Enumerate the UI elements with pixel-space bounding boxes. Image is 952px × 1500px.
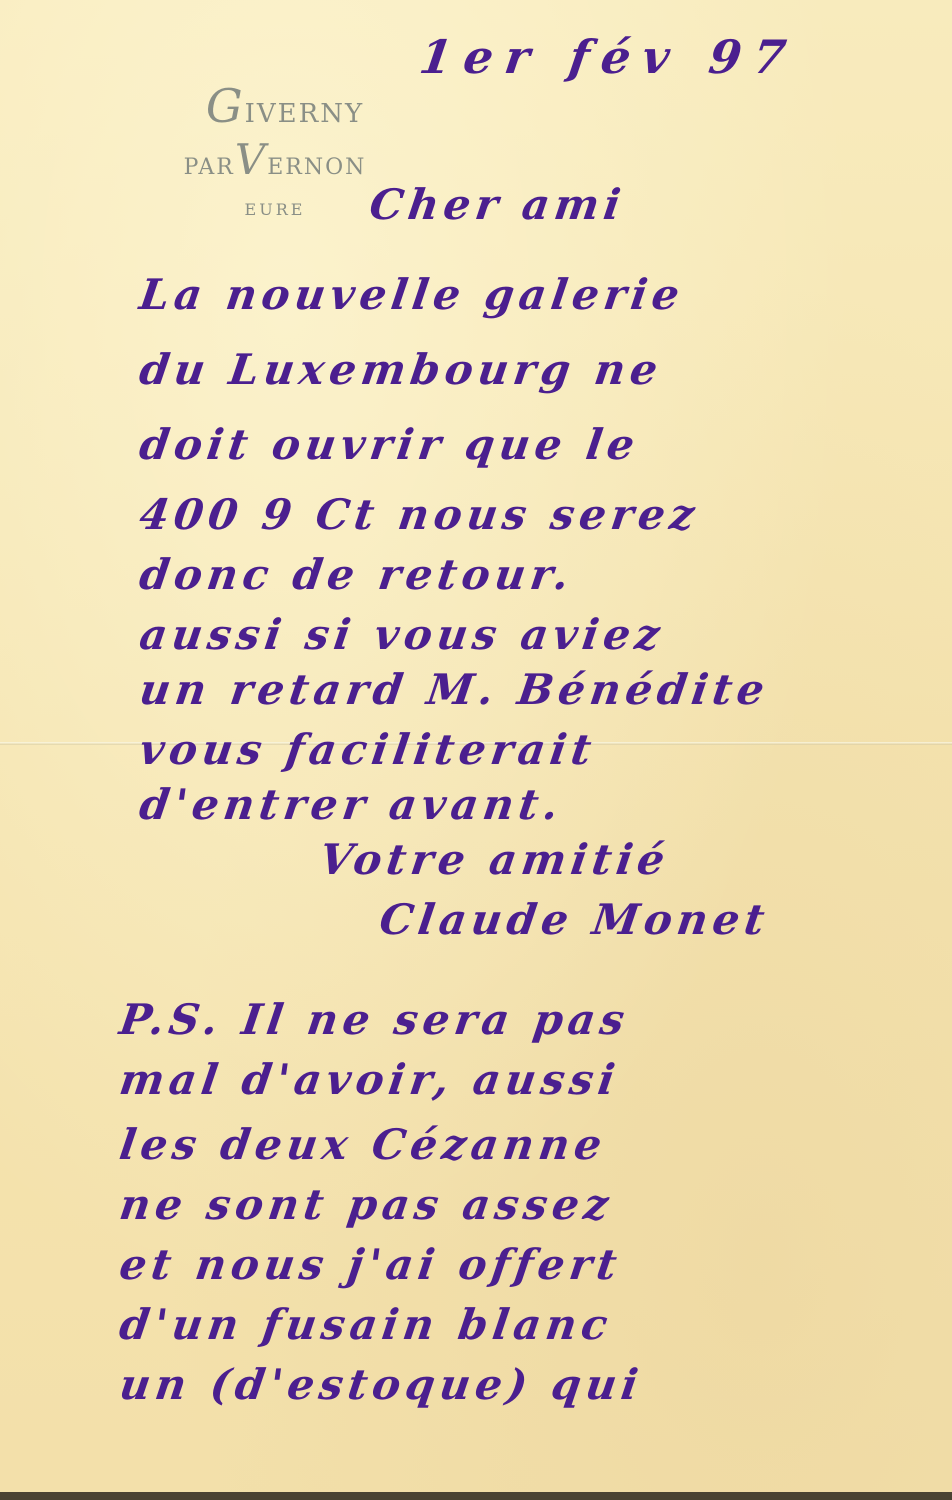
body-line: aussi si vous aviez	[137, 610, 668, 659]
postscript-line: ne sont pas assez	[117, 1180, 617, 1229]
letter-date: 1er fév 97	[416, 30, 801, 84]
body-line: vous faciliterait	[137, 725, 600, 774]
letterhead-department: EURE	[150, 198, 400, 222]
letterhead-par-vernon: PARVERNON	[150, 140, 400, 188]
letterhead: GIVERNY PARVERNON EURE	[150, 86, 400, 222]
postscript-line: d'un fusain blanc	[117, 1300, 616, 1349]
closing-line: Votre amitié	[317, 835, 673, 884]
body-line: un retard M. Bénédite	[137, 665, 773, 714]
body-line: d'entrer avant.	[137, 780, 567, 829]
postscript-line: et nous j'ai offert	[117, 1240, 625, 1289]
postscript-line: mal d'avoir, aussi	[117, 1055, 623, 1104]
letterhead-town-rest: IVERNY	[245, 99, 365, 129]
letterhead-par: PAR	[184, 155, 235, 180]
letterhead-town: GIVERNY	[170, 86, 400, 134]
postscript-line: les deux Cézanne	[117, 1120, 610, 1169]
scan-bottom-edge	[0, 1492, 952, 1500]
body-line: La nouvelle galerie	[137, 270, 688, 319]
letterhead-city-initial: V	[235, 135, 267, 184]
body-line: 400 9 Ct nous serez	[137, 490, 703, 539]
postscript-line: P.S. Il ne sera pas	[117, 995, 633, 1044]
salutation: Cher ami	[367, 180, 629, 229]
signature: Claude Monet	[377, 895, 773, 944]
body-line: du Luxembourg ne	[137, 345, 666, 394]
postscript-line: un (d'estoque) qui	[117, 1360, 646, 1409]
body-line: donc de retour.	[137, 550, 577, 599]
letterhead-town-initial: G	[206, 79, 245, 133]
letterhead-city-rest: ERNON	[267, 155, 366, 180]
body-line: doit ouvrir que le	[137, 420, 643, 469]
